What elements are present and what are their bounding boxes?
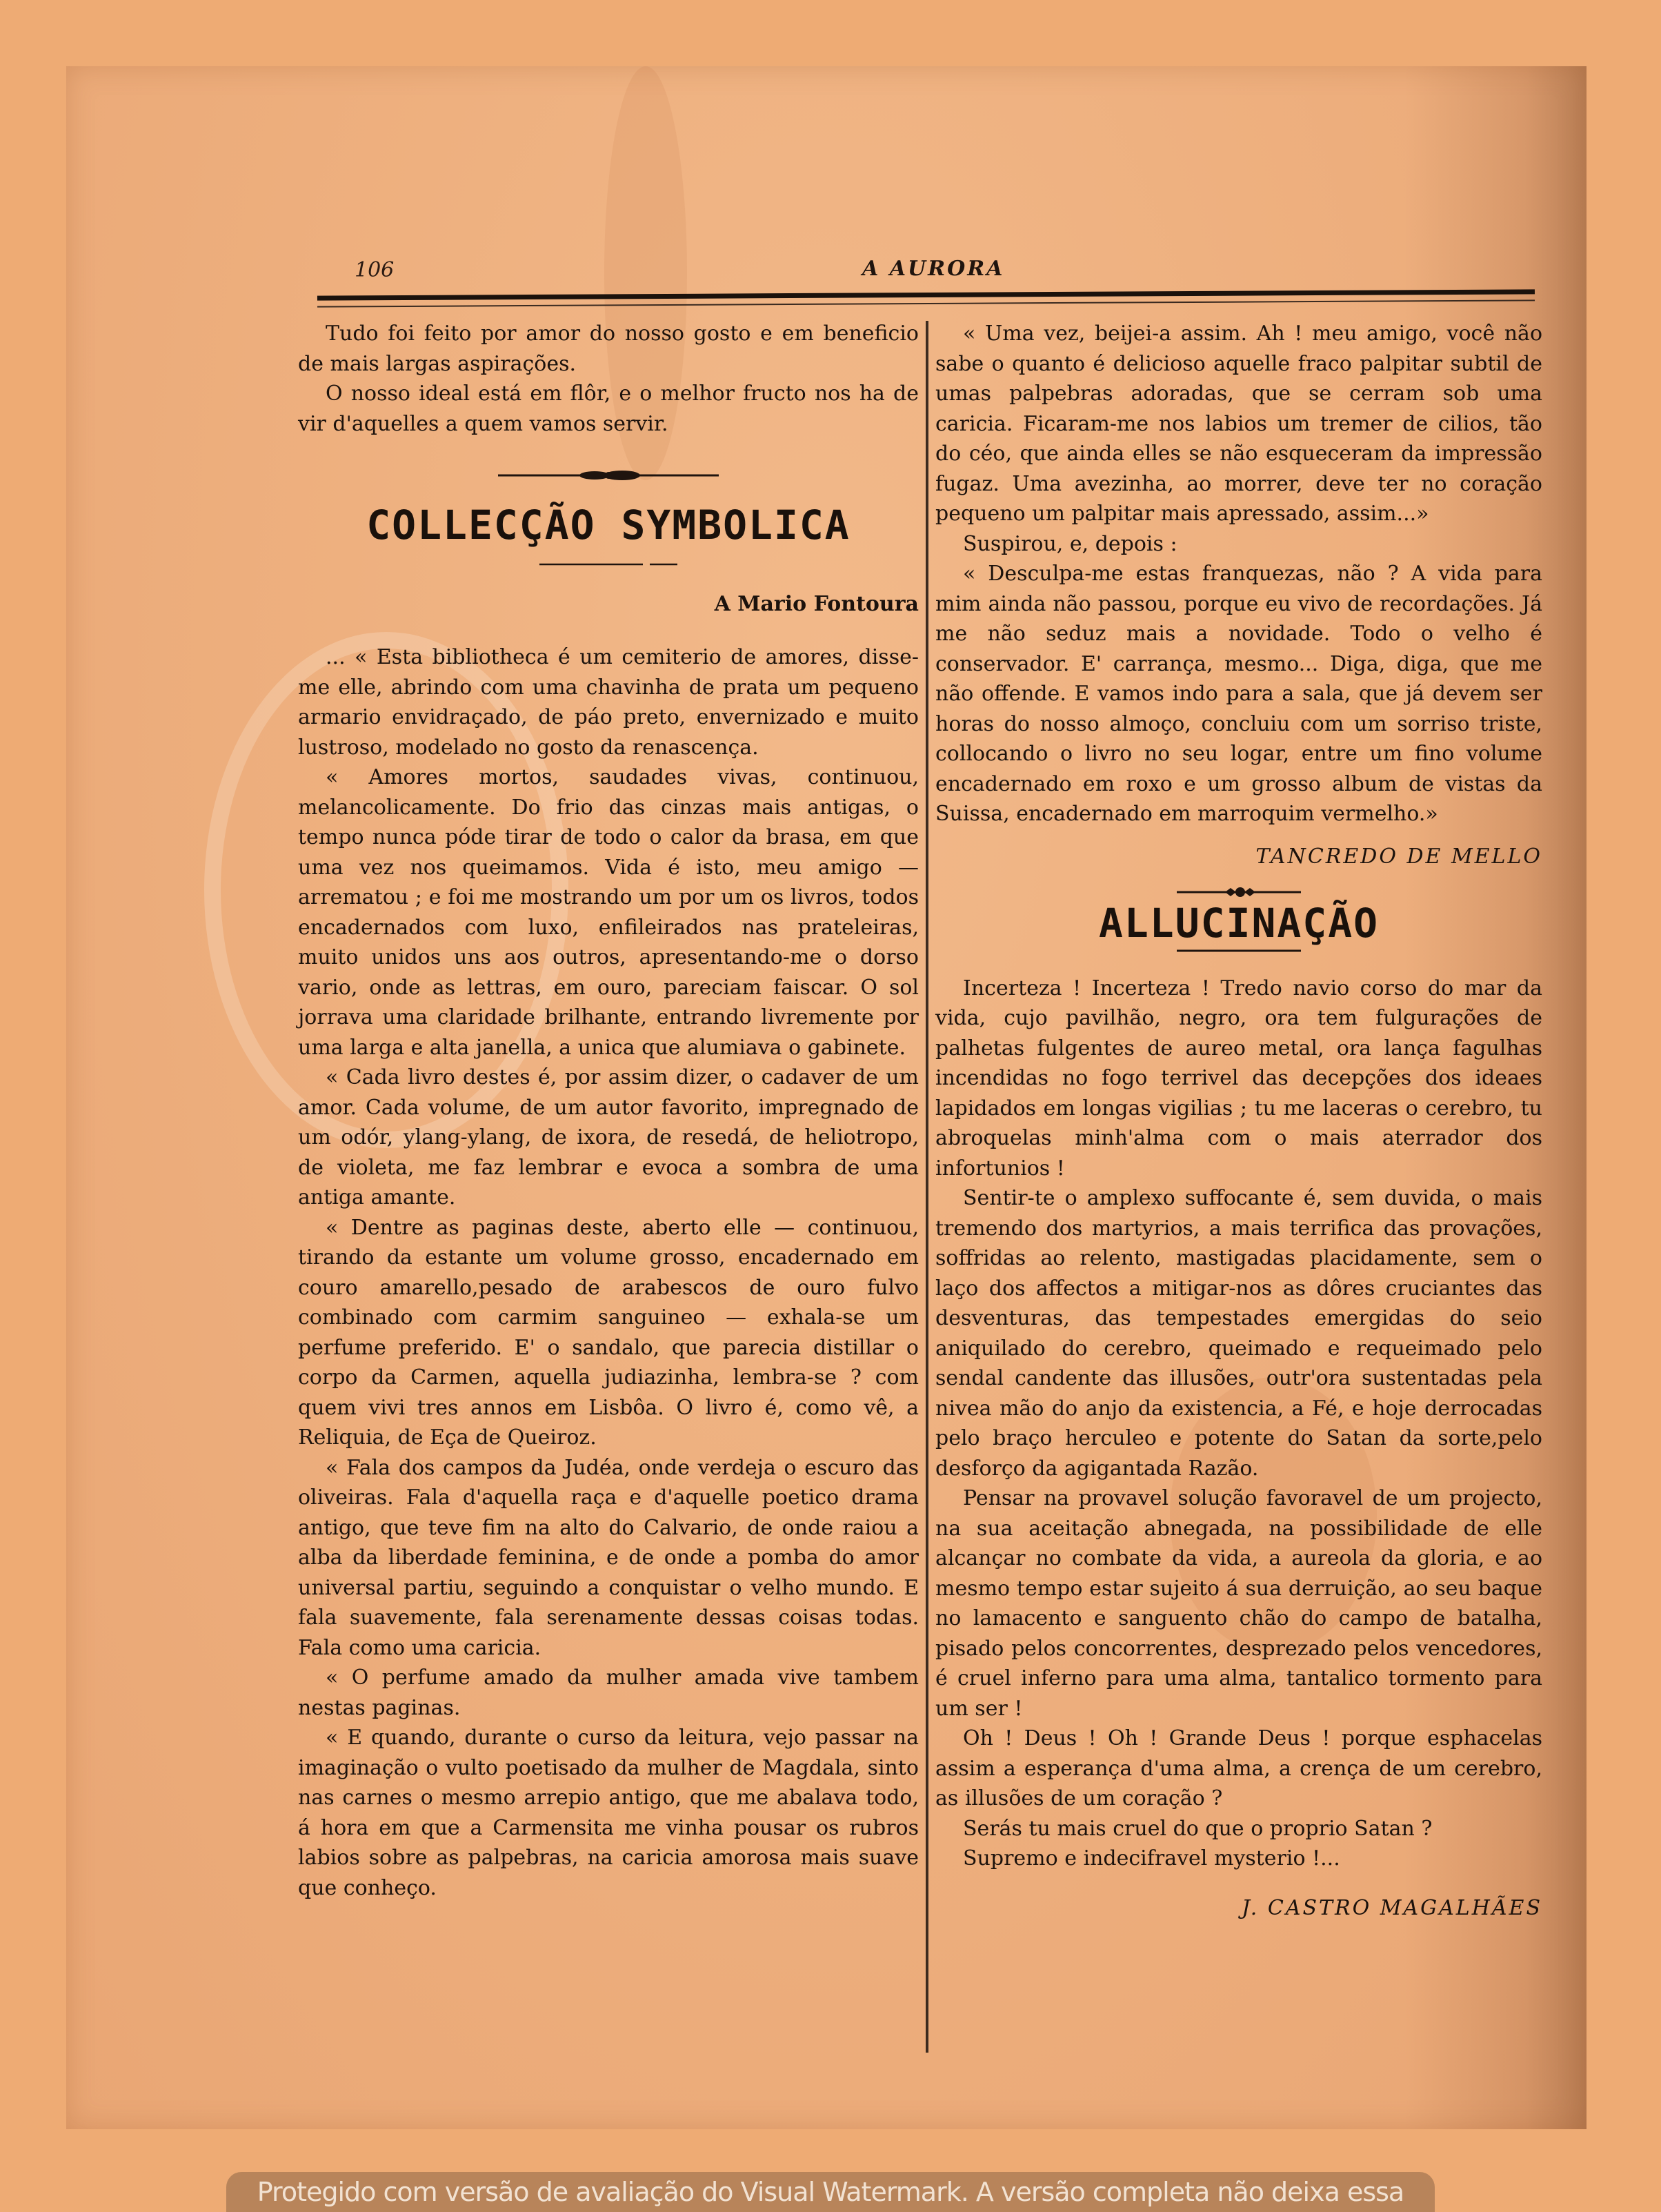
short-rule-icon (539, 560, 677, 569)
journal-title: A AURORA (862, 257, 1004, 281)
right-column: « Uma vez, beijei-a assim. Ah ! meu amig… (935, 319, 1542, 1923)
page-header: 106 A AURORA (317, 254, 1535, 302)
body-paragraph: Sentir-te o amplexo suffocante é, sem du… (935, 1183, 1542, 1483)
body-paragraph: ... « Esta bibliotheca é um cemiterio de… (298, 642, 919, 762)
body-paragraph: Incerteza ! Incerteza ! Tredo navio cors… (935, 974, 1542, 1184)
author-signature: TANCREDO DE MELLO (935, 842, 1542, 872)
body-paragraph: « Desculpa-me estas franquezas, não ? A … (935, 559, 1542, 829)
short-rule-icon (1177, 947, 1301, 954)
body-paragraph: « Cada livro destes é, por assim dizer, … (298, 1063, 919, 1213)
section-title-allucinacao: ALLUCINAÇÃO (935, 909, 1542, 939)
ornament-divider-icon (1177, 885, 1301, 899)
body-paragraph: Pensar na provavel solução favoravel de … (935, 1483, 1542, 1724)
body-paragraph: « E quando, durante o curso da leitura, … (298, 1723, 919, 1903)
body-paragraph: « Dentre as paginas deste, aberto elle —… (298, 1213, 919, 1453)
body-paragraph: « Amores mortos, saudades vivas, continu… (298, 762, 919, 1063)
section-title-collecao: COLLECÇÃO SYMBOLICA (298, 511, 919, 541)
page-number: 106 (355, 258, 394, 282)
ornament-divider-icon (498, 465, 719, 486)
dedication: A Mario Fontoura (298, 589, 919, 620)
body-paragraph: Oh ! Deus ! Oh ! Grande Deus ! porque es… (935, 1724, 1542, 1814)
watermark-banner: Protegido com versão de avaliação do Vis… (226, 2172, 1435, 2212)
body-paragraph: Supremo e indecifravel mysterio !... (935, 1844, 1542, 1874)
body-paragraph: « Fala dos campos da Judéa, onde verdeja… (298, 1453, 919, 1663)
column-divider (926, 321, 928, 2053)
body-paragraph: Suspirou, e, depois : (935, 529, 1542, 560)
intro-paragraph: Tudo foi feito por amor do nosso gosto e… (298, 319, 919, 379)
body-paragraph: Serás tu mais cruel do que o proprio Sat… (935, 1814, 1542, 1844)
left-column: Tudo foi feito por amor do nosso gosto e… (298, 319, 919, 1903)
body-paragraph: « Uma vez, beijei-a assim. Ah ! meu amig… (935, 319, 1542, 529)
intro-paragraph: O nosso ideal está em flôr, e o melhor f… (298, 379, 919, 439)
author-signature: J. CASTRO MAGALHÃES (935, 1893, 1542, 1924)
body-paragraph: « O perfume amado da mulher amada vive t… (298, 1663, 919, 1723)
